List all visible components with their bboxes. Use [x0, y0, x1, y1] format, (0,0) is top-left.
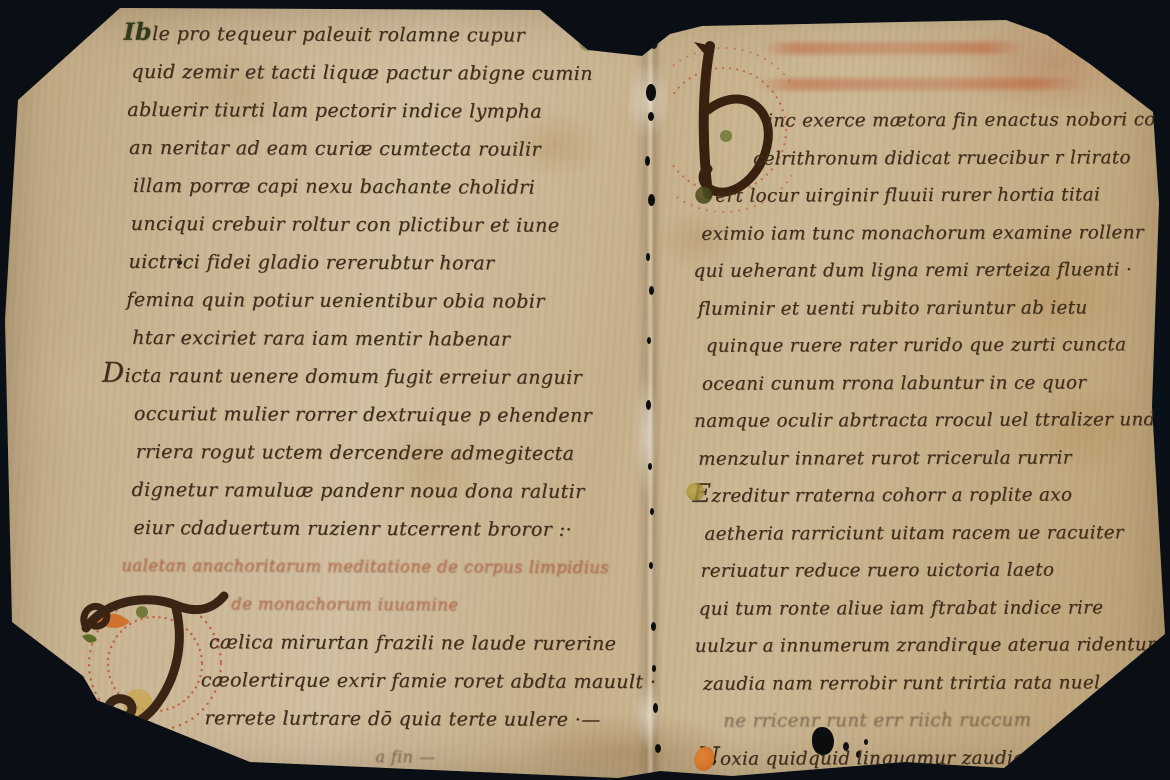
sewing-hole — [645, 156, 650, 166]
verse-line: an neritar ad eam curiæ cumtecta rouilir — [129, 129, 635, 169]
verse-line: eximio iam tunc monachorum examine rolle… — [701, 214, 1166, 253]
sewing-hole — [651, 622, 656, 631]
sewing-hole — [648, 112, 654, 121]
verse-line: qui ueherant dum ligna remi rerteiza flu… — [693, 251, 1166, 290]
rubric-row — [691, 65, 1166, 103]
verse-line: rriera rogut uctem dercendere admegitect… — [136, 433, 634, 473]
verse-line: occuriut mulier rorrer dextruique p ehen… — [134, 395, 634, 435]
manuscript-photograph: Ible pro tequeur paleuit rolamne cupur q… — [0, 0, 1170, 780]
verse-line-fragment: ne rricenr runt err riich ruccum — [723, 701, 1168, 740]
sewing-hole — [646, 400, 651, 410]
verse-line: rerrete lurtrare dō quia terte uulere ·— — [205, 699, 633, 739]
verse-line: namque oculir abrtracta rrocul uel ttral… — [694, 401, 1167, 440]
faded-rubric-band — [755, 77, 1085, 90]
sewing-hole — [653, 703, 658, 713]
verse-line: zaudia nam rerrobir runt trirtia rata nu… — [703, 664, 1168, 703]
sewing-hole — [650, 34, 658, 49]
verse-line: cæolertirque exrir famie roret abdta mau… — [201, 661, 633, 701]
sewing-hole — [646, 84, 656, 101]
sewing-hole — [647, 337, 651, 344]
sewing-hole — [655, 744, 661, 753]
verse-line: reriuatur reduce ruero uictoria laeto — [701, 551, 1168, 590]
sewing-hole — [649, 562, 653, 569]
verse-line: unciqui crebuir roltur con plictibur et … — [131, 205, 635, 245]
fold-abrasion — [634, 370, 658, 500]
verse-line: abluerir tiurti lam pectorir indice lymp… — [127, 91, 635, 131]
rubric-row — [691, 29, 1166, 67]
left-page: Ible pro tequeur paleuit rolamne cupur q… — [120, 13, 635, 777]
rubric-line: ualetan anachoritarum meditatione de cor… — [121, 547, 633, 587]
verse-line: inc exerce mætora fin enactus nobori con — [767, 101, 1166, 140]
sewing-hole — [646, 253, 650, 261]
verse-line: qui tum ronte aliue iam ftrabat indice r… — [699, 589, 1168, 628]
green-initial: Ib — [124, 18, 153, 46]
verse-line: femina quin potiur uenientibur obia nobi… — [126, 281, 634, 321]
right-page: inc exerce mætora fin enactus nobori con… — [691, 29, 1169, 778]
verse-line: Dicta raunt uenere domum fugit erreiur a… — [102, 357, 634, 397]
verse-line: cælica mirurtan frazili ne laude rurerin… — [209, 623, 633, 663]
rubric-line: de monachorum iuuamine — [231, 585, 633, 625]
verse-text: le pro tequeur paleuit rolamne cupur — [152, 23, 525, 47]
verse-line: quinque ruere rater rurido que zurti cun… — [706, 326, 1167, 365]
sewing-hole — [649, 286, 654, 295]
verse-line: Noxia quidquid linquamur zaudia n — [697, 739, 1168, 778]
sewing-hole — [648, 194, 655, 206]
verse-line: ert locur uirginir fluuii rurer hortia t… — [715, 176, 1166, 215]
parchment-bifolium: Ible pro tequeur paleuit rolamne cupur q… — [0, 0, 1170, 780]
verse-line: celrithronum didicat rruecibur r lrirato — [753, 139, 1166, 178]
verse-line: Ible pro tequeur paleuit rolamne cupur — [123, 13, 635, 55]
faded-rubric-band — [761, 42, 1026, 55]
verse-line: illam porræ capi nexu bachante cholidri — [133, 167, 635, 207]
verse-line: eiur cdaduertum ruzienr utcerrent broror… — [133, 509, 633, 549]
verse-line: menzulur innaret rurot rricerula rurrir — [698, 439, 1167, 478]
verse-line-fragment: a fin — — [375, 738, 632, 777]
verse-line: Ezreditur rraterna cohorr a roplite axo — [692, 476, 1167, 515]
verse-line: htar exciriet rara iam mentir habenar — [132, 319, 634, 359]
sewing-hole — [648, 463, 652, 470]
verse-line: fluminir et uenti rubito rariuntur ab ie… — [698, 289, 1167, 328]
verse-line: oceani cunum rrona labuntur in ce quor — [702, 364, 1167, 403]
sewing-hole — [650, 508, 654, 515]
verse-line: aetheria rarriciunt uitam racem ue racui… — [704, 514, 1167, 553]
verse-line: uulzur a innumerum zrandirque aterua rid… — [695, 626, 1168, 665]
verse-line: quid zemir et tacti liquæ pactur abigne … — [131, 53, 635, 93]
verse-line: uictrici fidei gladio rererubtur horar — [128, 243, 634, 283]
verse-line: dignetur ramuluæ pandenr noua dona ralut… — [132, 471, 634, 511]
